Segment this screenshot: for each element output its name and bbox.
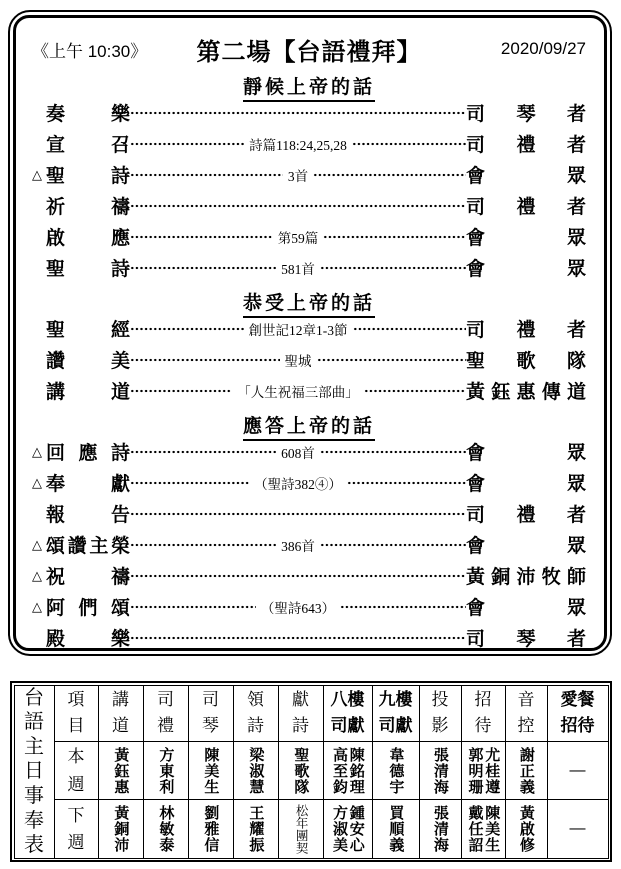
dotted-leader xyxy=(130,598,256,616)
header-line: 詩 xyxy=(279,713,323,739)
name-group: 林敏泰 xyxy=(144,805,188,853)
dotted-leader xyxy=(130,259,276,277)
duty-cell: 陳美生 xyxy=(188,741,233,799)
name-group: 陳美生戴任詔 xyxy=(462,805,505,853)
char: 樂 xyxy=(111,624,130,651)
name-group: 梁淑慧 xyxy=(234,747,278,795)
order-item-label: 奉獻 xyxy=(46,469,130,496)
header-line: 獻 xyxy=(279,687,323,713)
name-group: 黃銅沛 xyxy=(99,805,143,853)
person-name: 梁淑慧 xyxy=(248,747,264,795)
header-line: 影 xyxy=(420,713,461,739)
person-name: 方淑美 xyxy=(331,805,347,853)
header-line: 司 xyxy=(144,687,188,713)
char: 應 xyxy=(111,223,130,250)
header-line: 八樓 xyxy=(324,687,372,713)
header-line: 九樓 xyxy=(373,687,419,713)
order-row: △祝禱黃銅沛牧師 xyxy=(32,560,586,591)
service-title: 第二場【台語禮拜】 xyxy=(197,32,422,67)
char: 頌 xyxy=(46,531,65,558)
header-line: 禮 xyxy=(144,713,188,739)
dotted-leader xyxy=(347,474,466,492)
char: 聖 xyxy=(466,346,485,373)
duty-header-row: 台語主日事奉表項目講道司禮司琴領詩獻詩八樓司獻九樓司獻投影招待音控愛餐招待 xyxy=(14,685,608,741)
duty-column-header: 八樓司獻 xyxy=(323,685,372,741)
row-label-char: 週 xyxy=(55,829,98,856)
duty-roster-box: 台語主日事奉表項目講道司禮司琴領詩獻詩八樓司獻九樓司獻投影招待音控愛餐招待本週黃… xyxy=(10,681,612,862)
char: 們 xyxy=(78,593,97,620)
name-group: 劉雅信 xyxy=(189,805,233,853)
char: 啟 xyxy=(46,223,65,250)
order-item-assignee: 司禮者 xyxy=(466,130,586,157)
order-item-detail: （聖詩643） xyxy=(256,597,340,617)
dotted-leader xyxy=(130,505,466,523)
dotted-leader xyxy=(320,259,466,277)
order-item-label: 殿樂 xyxy=(46,624,130,651)
name-group: 陳美生 xyxy=(189,747,233,795)
name-group: 謝正義 xyxy=(506,747,547,795)
dotted-leader xyxy=(340,598,466,616)
row-label-char: 下 xyxy=(55,802,98,829)
row-label-char: 週 xyxy=(55,771,98,798)
duty-tbody: 台語主日事奉表項目講道司禮司琴領詩獻詩八樓司獻九樓司獻投影招待音控愛餐招待本週黃… xyxy=(14,685,608,858)
char: 禮 xyxy=(516,315,535,342)
char: 詩 xyxy=(111,438,130,465)
person-name: 黃銅沛 xyxy=(113,805,129,853)
section-title: 應答上帝的話 xyxy=(32,411,586,433)
dotted-leader xyxy=(130,443,276,461)
char: 奏 xyxy=(46,99,65,126)
section-title-text: 恭受上帝的話 xyxy=(243,288,375,318)
order-item-assignee: 司琴者 xyxy=(466,99,586,126)
dotted-leader xyxy=(130,197,466,215)
order-item-assignee: 會眾 xyxy=(466,531,586,558)
order-item-assignee: 黃鈺惠傳道 xyxy=(466,377,586,404)
char: 祝 xyxy=(46,562,65,589)
char: 宣 xyxy=(46,130,65,157)
order-item-assignee: 司琴者 xyxy=(466,624,586,651)
order-item-label: 啟應 xyxy=(46,223,130,250)
header-line: 招 xyxy=(462,687,505,713)
duty-cell: 鍾安心方淑美 xyxy=(323,800,372,858)
duty-cell: 劉雅信 xyxy=(188,800,233,858)
service-time: 《上午 10:30》 xyxy=(32,37,197,62)
person-name: 高至鈞 xyxy=(331,747,347,795)
char: 眾 xyxy=(567,469,586,496)
dotted-leader xyxy=(130,135,244,153)
order-item-assignee: 司禮者 xyxy=(466,315,586,342)
dotted-leader xyxy=(320,536,466,554)
duty-row-label-cell: 本週 xyxy=(54,741,98,799)
duty-column-header: 講道 xyxy=(98,685,143,741)
char: 奉 xyxy=(46,469,65,496)
order-item-label: 祈禱 xyxy=(46,192,130,219)
char: 者 xyxy=(567,192,586,219)
char: 眾 xyxy=(567,438,586,465)
order-sections: 靜候上帝的話奏樂司琴者宣召詩篇118:24,25,28司禮者△聖詩3首會眾祈禱司… xyxy=(32,72,586,651)
section-title: 恭受上帝的話 xyxy=(32,288,586,310)
duty-cell: 陳銘理高至鈞 xyxy=(323,741,372,799)
order-item-label: 祝禱 xyxy=(46,562,130,589)
char: 師 xyxy=(567,562,586,589)
dash-placeholder: — xyxy=(570,820,586,838)
order-item-detail: 581首 xyxy=(276,258,320,278)
name-group: 方東利 xyxy=(144,747,188,795)
char: 銅 xyxy=(491,562,510,589)
char: 琴 xyxy=(516,624,535,651)
name-group: 張清海 xyxy=(420,747,461,795)
person-name: 郭明珊 xyxy=(467,747,483,795)
header-line: 目 xyxy=(55,713,98,739)
order-item-label: 聖詩 xyxy=(46,254,130,281)
order-item-assignee: 會眾 xyxy=(466,161,586,188)
dotted-leader xyxy=(130,629,466,647)
order-item-assignee: 會眾 xyxy=(466,254,586,281)
person-name: 鍾安心 xyxy=(348,805,364,853)
row-label-char: 本 xyxy=(55,743,98,770)
order-row: 讚美聖城聖歌隊 xyxy=(32,344,586,375)
dotted-leader xyxy=(313,166,466,184)
char: 主 xyxy=(89,531,108,558)
dotted-leader xyxy=(130,536,276,554)
header-line: 司獻 xyxy=(373,713,419,739)
char: 讚 xyxy=(46,346,65,373)
char: 惠 xyxy=(516,377,535,404)
duty-row-label-cell: 下週 xyxy=(54,800,98,858)
char: 詩 xyxy=(111,254,130,281)
name-group: 黃啟修 xyxy=(506,805,547,853)
duty-this-week-row: 本週黃鈺惠方東利陳美生梁淑慧聖歌隊陳銘理高至鈞韋德宇張清海尤桂遵郭明珊謝正義— xyxy=(14,741,608,799)
duty-column-header: 音控 xyxy=(505,685,547,741)
char: 讚 xyxy=(68,531,87,558)
person-name: 黃啟修 xyxy=(518,805,534,853)
duty-cell: 黃鈺惠 xyxy=(98,741,143,799)
char: 聖 xyxy=(46,161,65,188)
order-item-label: 宣召 xyxy=(46,130,130,157)
name-group: 陳銘理高至鈞 xyxy=(324,747,372,795)
header-line: 投 xyxy=(420,687,461,713)
duty-column-header: 領詩 xyxy=(233,685,278,741)
char: 美 xyxy=(111,346,130,373)
person-name: 尤桂遵 xyxy=(484,747,500,795)
name-group: — xyxy=(548,762,608,780)
char: 傳 xyxy=(542,377,561,404)
char: 眾 xyxy=(567,161,586,188)
person-name: 劉雅信 xyxy=(203,805,219,853)
side-title-char: 奉 xyxy=(24,811,44,831)
char: 會 xyxy=(466,438,485,465)
char: 隊 xyxy=(567,346,586,373)
char: 禮 xyxy=(516,192,535,219)
order-row: 聖經創世記12章1-3節司禮者 xyxy=(32,313,586,344)
char: 經 xyxy=(111,315,130,342)
header-line: 項 xyxy=(55,687,98,713)
name-group: 買順義 xyxy=(373,805,419,853)
dotted-leader xyxy=(130,320,244,338)
order-item-detail: 「人生祝福三部曲」 xyxy=(232,381,364,401)
char: 頌 xyxy=(111,593,130,620)
person-name: 張清海 xyxy=(432,805,448,853)
order-item-label: 讚美 xyxy=(46,346,130,373)
header-line: 領 xyxy=(234,687,278,713)
order-item-label: 聖經 xyxy=(46,315,130,342)
char: 禮 xyxy=(516,130,535,157)
header-line: 琴 xyxy=(189,713,233,739)
person-name: 買順義 xyxy=(388,805,404,853)
triangle-prefix: △ xyxy=(32,599,46,615)
char: 道 xyxy=(111,377,130,404)
char: 告 xyxy=(111,500,130,527)
name-group: 黃鈺惠 xyxy=(99,747,143,795)
duty-cell: — xyxy=(547,741,608,799)
duty-column-header: 司琴 xyxy=(188,685,233,741)
side-title-char: 語 xyxy=(24,712,44,732)
person-name: 方東利 xyxy=(158,747,174,795)
duty-column-header: 愛餐招待 xyxy=(547,685,608,741)
char: 會 xyxy=(466,531,485,558)
dotted-leader xyxy=(130,104,466,122)
char: 者 xyxy=(567,500,586,527)
worship-order-inner: 《上午 10:30》 第二場【台語禮拜】 2020/09/27 靜候上帝的話奏樂… xyxy=(13,15,607,651)
dotted-leader xyxy=(130,474,249,492)
char: 殿 xyxy=(46,624,65,651)
order-section: 靜候上帝的話奏樂司琴者宣召詩篇118:24,25,28司禮者△聖詩3首會眾祈禱司… xyxy=(32,72,586,283)
dotted-leader xyxy=(130,382,232,400)
dotted-leader xyxy=(320,443,466,461)
side-title-char: 表 xyxy=(24,835,44,855)
side-title-char: 日 xyxy=(24,761,44,781)
char: 回 xyxy=(46,438,65,465)
header-line: 待 xyxy=(462,713,505,739)
triangle-prefix: △ xyxy=(32,167,46,183)
person-name: 陳美生 xyxy=(203,747,219,795)
char: 司 xyxy=(466,500,485,527)
person-name: 王耀振 xyxy=(248,805,264,853)
section-title-text: 應答上帝的話 xyxy=(243,411,375,441)
char: 琴 xyxy=(516,99,535,126)
side-title-char: 主 xyxy=(24,737,44,757)
order-row: 宣召詩篇118:24,25,28司禮者 xyxy=(32,128,586,159)
order-item-label: 奏樂 xyxy=(46,99,130,126)
dotted-leader xyxy=(353,320,467,338)
char: 眾 xyxy=(567,223,586,250)
char: 沛 xyxy=(516,562,535,589)
person-name: 聖歌隊 xyxy=(293,747,309,795)
order-item-detail: 3首 xyxy=(283,165,313,185)
order-item-label: 報告 xyxy=(46,500,130,527)
triangle-prefix: △ xyxy=(32,444,46,460)
duty-roster-table: 台語主日事奉表項目講道司禮司琴領詩獻詩八樓司獻九樓司獻投影招待音控愛餐招待本週黃… xyxy=(14,685,609,859)
order-row: △奉獻（聖詩382④）會眾 xyxy=(32,467,586,498)
order-item-label: 阿們頌 xyxy=(46,593,130,620)
char: 會 xyxy=(466,223,485,250)
char: 者 xyxy=(567,99,586,126)
duty-column-header: 獻詩 xyxy=(278,685,323,741)
duty-cell: 松年團契 xyxy=(278,800,323,858)
worship-order-box: 《上午 10:30》 第二場【台語禮拜】 2020/09/27 靜候上帝的話奏樂… xyxy=(8,10,612,656)
name-group: 松年團契 xyxy=(279,804,323,854)
order-item-label: 頌讚主榮 xyxy=(46,531,130,558)
char: 歌 xyxy=(516,346,535,373)
order-item-detail: 創世記12章1-3節 xyxy=(244,319,353,339)
char: 牧 xyxy=(542,562,561,589)
person-name: 謝正義 xyxy=(518,747,534,795)
char: 者 xyxy=(567,315,586,342)
header-line: 音 xyxy=(506,687,547,713)
char: 禮 xyxy=(516,500,535,527)
order-item-assignee: 聖歌隊 xyxy=(466,346,586,373)
person-name: 韋德宇 xyxy=(388,747,404,795)
duty-cell: 張清海 xyxy=(419,800,461,858)
order-row: 報告司禮者 xyxy=(32,498,586,529)
order-item-assignee: 會眾 xyxy=(466,223,586,250)
char: 會 xyxy=(466,161,485,188)
duty-next-week-row: 下週黃銅沛林敏泰劉雅信王耀振松年團契鍾安心方淑美買順義張清海陳美生戴任詔黃啟修— xyxy=(14,800,608,858)
char: 應 xyxy=(78,438,97,465)
order-row: △回應詩608首會眾 xyxy=(32,436,586,467)
side-title-char: 事 xyxy=(24,786,44,806)
char: 樂 xyxy=(111,99,130,126)
header-line: 愛餐 xyxy=(548,687,608,713)
order-item-assignee: 司禮者 xyxy=(466,192,586,219)
char: 司 xyxy=(466,192,485,219)
order-row: 祈禱司禮者 xyxy=(32,190,586,221)
order-row: △頌讚主榮386首會眾 xyxy=(32,529,586,560)
person-name: 陳美生 xyxy=(484,805,500,853)
duty-column-header: 投影 xyxy=(419,685,461,741)
name-group: 鍾安心方淑美 xyxy=(324,805,372,853)
char: 聖 xyxy=(46,254,65,281)
triangle-prefix: △ xyxy=(32,537,46,553)
duty-cell: 謝正義 xyxy=(505,741,547,799)
name-group: 張清海 xyxy=(420,805,461,853)
char: 者 xyxy=(567,624,586,651)
char: 者 xyxy=(567,130,586,157)
duty-cell: 黃啟修 xyxy=(505,800,547,858)
char: 司 xyxy=(466,624,485,651)
person-name: 林敏泰 xyxy=(158,805,174,853)
char: 講 xyxy=(46,377,65,404)
duty-side-title: 台語主日事奉表 xyxy=(15,686,54,858)
name-group: 韋德宇 xyxy=(373,747,419,795)
duty-side-title-cell: 台語主日事奉表 xyxy=(14,685,54,858)
char: 詩 xyxy=(111,161,130,188)
char: 眾 xyxy=(567,254,586,281)
char: 會 xyxy=(466,469,485,496)
duty-item-header-cell: 項目 xyxy=(54,685,98,741)
order-item-detail: 386首 xyxy=(276,535,320,555)
order-section: 恭受上帝的話聖經創世記12章1-3節司禮者讚美聖城聖歌隊講道「人生祝福三部曲」黃… xyxy=(32,288,586,406)
section-title: 靜候上帝的話 xyxy=(32,72,586,94)
order-row: 講道「人生祝福三部曲」黃鈺惠傳道 xyxy=(32,375,586,406)
duty-column-header: 招待 xyxy=(461,685,505,741)
duty-cell: — xyxy=(547,800,608,858)
order-row: △阿們頌（聖詩643）會眾 xyxy=(32,591,586,622)
dotted-leader xyxy=(130,567,466,585)
person-name: 陳銘理 xyxy=(348,747,364,795)
char: 獻 xyxy=(111,469,130,496)
char: 黃 xyxy=(466,377,485,404)
char: 司 xyxy=(466,315,485,342)
side-title-char: 台 xyxy=(24,688,44,708)
header-line: 控 xyxy=(506,713,547,739)
order-item-detail: 第59篇 xyxy=(273,227,324,247)
duty-cell: 黃銅沛 xyxy=(98,800,143,858)
order-row: 啟應第59篇會眾 xyxy=(32,221,586,252)
char: 眾 xyxy=(567,531,586,558)
order-item-assignee: 司禮者 xyxy=(466,500,586,527)
char: 禱 xyxy=(111,192,130,219)
char: 報 xyxy=(46,500,65,527)
header-line: 司 xyxy=(189,687,233,713)
char: 黃 xyxy=(466,562,485,589)
duty-column-header: 九樓司獻 xyxy=(372,685,419,741)
name-group: 聖歌隊 xyxy=(279,747,323,795)
service-date: 2020/09/27 xyxy=(422,39,587,59)
name-group: — xyxy=(548,820,608,838)
order-item-label: 講道 xyxy=(46,377,130,404)
char: 召 xyxy=(111,130,130,157)
char: 鈺 xyxy=(491,377,510,404)
order-row: 殿樂司琴者 xyxy=(32,622,586,651)
char: 榮 xyxy=(111,531,130,558)
order-item-detail: （聖詩382④） xyxy=(249,473,347,493)
order-item-label: 回應詩 xyxy=(46,438,130,465)
dotted-leader xyxy=(317,351,467,369)
order-row: △聖詩3首會眾 xyxy=(32,159,586,190)
duty-cell: 王耀振 xyxy=(233,800,278,858)
order-item-assignee: 會眾 xyxy=(466,438,586,465)
char: 禱 xyxy=(111,562,130,589)
order-item-label: 聖詩 xyxy=(46,161,130,188)
dotted-leader xyxy=(130,166,283,184)
header-line: 講 xyxy=(99,687,143,713)
char: 眾 xyxy=(567,593,586,620)
duty-column-header: 司禮 xyxy=(143,685,188,741)
section-title-text: 靜候上帝的話 xyxy=(243,72,375,102)
char: 司 xyxy=(466,130,485,157)
header-line: 詩 xyxy=(234,713,278,739)
dotted-leader xyxy=(323,228,466,246)
dotted-leader xyxy=(130,228,273,246)
char: 會 xyxy=(466,593,485,620)
duty-cell: 林敏泰 xyxy=(143,800,188,858)
duty-cell: 梁淑慧 xyxy=(233,741,278,799)
order-item-detail: 608首 xyxy=(276,442,320,462)
char: 道 xyxy=(567,377,586,404)
name-group: 王耀振 xyxy=(234,805,278,853)
char: 祈 xyxy=(46,192,65,219)
duty-cell: 聖歌隊 xyxy=(278,741,323,799)
duty-cell: 買順義 xyxy=(372,800,419,858)
person-name: 松年團契 xyxy=(294,804,307,854)
duty-cell: 尤桂遵郭明珊 xyxy=(461,741,505,799)
dotted-leader xyxy=(130,351,280,369)
duty-cell: 陳美生戴任詔 xyxy=(461,800,505,858)
order-item-assignee: 會眾 xyxy=(466,469,586,496)
person-name: 黃鈺惠 xyxy=(113,747,129,795)
header-line: 招待 xyxy=(548,713,608,739)
duty-cell: 張清海 xyxy=(419,741,461,799)
order-item-detail: 詩篇118:24,25,28 xyxy=(244,134,352,154)
dash-placeholder: — xyxy=(570,762,586,780)
char: 會 xyxy=(466,254,485,281)
triangle-prefix: △ xyxy=(32,568,46,584)
name-group: 尤桂遵郭明珊 xyxy=(462,747,505,795)
duty-cell: 韋德宇 xyxy=(372,741,419,799)
char: 司 xyxy=(466,99,485,126)
dotted-leader xyxy=(364,382,466,400)
